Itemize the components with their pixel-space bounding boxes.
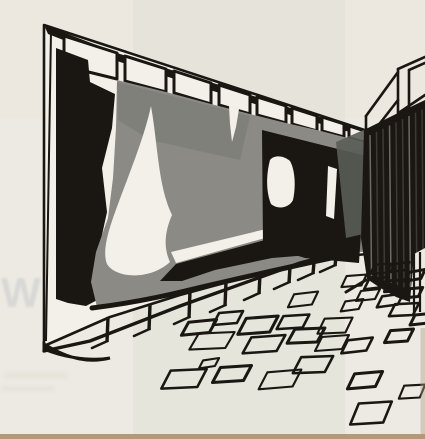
white-blob	[267, 156, 295, 207]
frame-line	[366, 72, 398, 116]
ink-illustration	[0, 0, 425, 439]
corner-shadow	[44, 344, 110, 360]
frame-line	[398, 57, 425, 69]
wall-assembly	[44, 25, 392, 360]
page-bottom-edge	[0, 434, 425, 439]
scanned-book-page: W	[0, 0, 425, 439]
page-right-edge	[421, 328, 425, 434]
